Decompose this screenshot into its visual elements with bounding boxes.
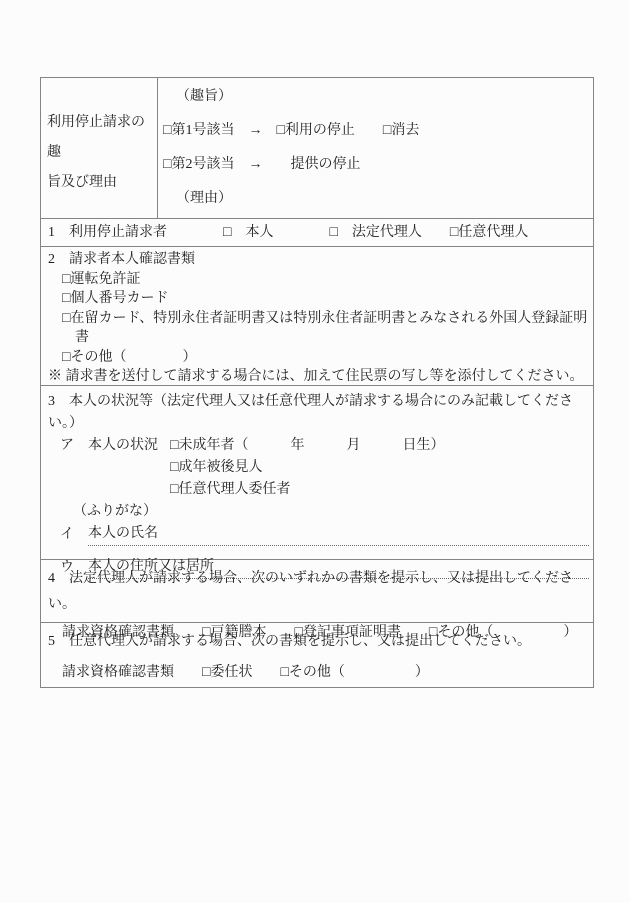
status-option-adult-ward: □成年被後見人: [170, 457, 589, 479]
identity-docs-row: 2 請求者本人確認書類 □運転免許証 □個人番号カード □在留カード、特別永住者…: [41, 246, 593, 385]
purpose-reason-label-cell: 利用停止請求の趣 旨及び理由: [41, 78, 158, 218]
identity-doc-option-residence-card: □在留カード、特別永住者証明書又は特別永住者証明書とみなされる外国人登録証明: [62, 309, 589, 329]
principal-status-row: 3 本人の状況等（法定代理人又は任意代理人が請求する場合にのみ記載してください。…: [41, 385, 593, 559]
purpose-reason-row: 利用停止請求の趣 旨及び理由 （趣旨） □第1号該当 → □利用の停止 □消去 …: [41, 78, 593, 218]
principal-name-letter: イ: [60, 524, 88, 546]
form-page: 利用停止請求の趣 旨及び理由 （趣旨） □第1号該当 → □利用の停止 □消去 …: [0, 0, 630, 903]
mail-request-note: ※ 請求書を送付して請求する場合には、加えて住民票の写し等を添付してください。: [48, 367, 589, 387]
principal-status-block: ア 本人の状況 □未成年者（ 年 月 日生） □成年被後見人 □任意代理人委任者: [48, 435, 589, 501]
identity-doc-option-other: □その他（ ）: [62, 348, 589, 368]
requester-options-text: 1 利用停止請求者 □ 本人 □ 法定代理人 □任意代理人: [48, 225, 528, 240]
purpose-option-item2: □第2号該当 → 提供の停止: [163, 148, 589, 182]
principal-name-field-row: イ 本人の氏名: [60, 523, 589, 546]
purpose-reason-label-line1: 利用停止請求の趣: [47, 108, 157, 168]
reason-heading: （理由）: [176, 182, 589, 216]
purpose-reason-label-line2: 旨及び理由: [47, 168, 157, 198]
requester-row: 1 利用停止請求者 □ 本人 □ 法定代理人 □任意代理人: [41, 218, 593, 246]
voluntary-rep-row: 5 任意代理人が請求する場合、次の書類を提示し、又は提出してください。 請求資格…: [41, 622, 593, 687]
use-stop-request-form-table: 利用停止請求の趣 旨及び理由 （趣旨） □第1号該当 → □利用の停止 □消去 …: [40, 77, 594, 688]
identity-docs-title: 2 請求者本人確認書類: [48, 250, 589, 270]
status-option-voluntary-delegator: □任意代理人委任者: [170, 479, 589, 501]
principal-status-sub-a-label: ア 本人の状況: [60, 435, 158, 457]
principal-name-field-label: 本人の氏名: [88, 526, 158, 541]
identity-doc-option-residence-card-cont: 書: [75, 328, 589, 348]
voluntary-rep-title: 5 任意代理人が請求する場合、次の書類を提示し、又は提出してください。: [48, 629, 589, 655]
legal-rep-row: 4 法定代理人が請求する場合、次のいずれかの書類を提示し、又は提出してください。…: [41, 559, 593, 622]
purpose-option-item1: □第1号該当 → □利用の停止 □消去: [163, 114, 589, 148]
purpose-reason-content-cell: （趣旨） □第1号該当 → □利用の停止 □消去 □第2号該当 → 提供の停止 …: [158, 78, 593, 218]
principal-name-field-line: 本人の氏名: [88, 523, 589, 546]
principal-status-title: 3 本人の状況等（法定代理人又は任意代理人が請求する場合にのみ記載してください。…: [48, 391, 589, 435]
purpose-heading: （趣旨）: [176, 80, 589, 114]
voluntary-rep-docs-options: 請求資格確認書類 □委任状 □その他（ ）: [62, 660, 589, 686]
furigana-label: （ふりがな）: [73, 501, 589, 523]
identity-doc-option-mynumber: □個人番号カード: [62, 289, 589, 309]
status-option-minor: □未成年者（ 年 月 日生）: [170, 435, 589, 457]
identity-doc-option-license: □運転免許証: [62, 270, 589, 290]
legal-rep-title: 4 法定代理人が請求する場合、次のいずれかの書類を提示し、又は提出してください。: [48, 566, 589, 618]
